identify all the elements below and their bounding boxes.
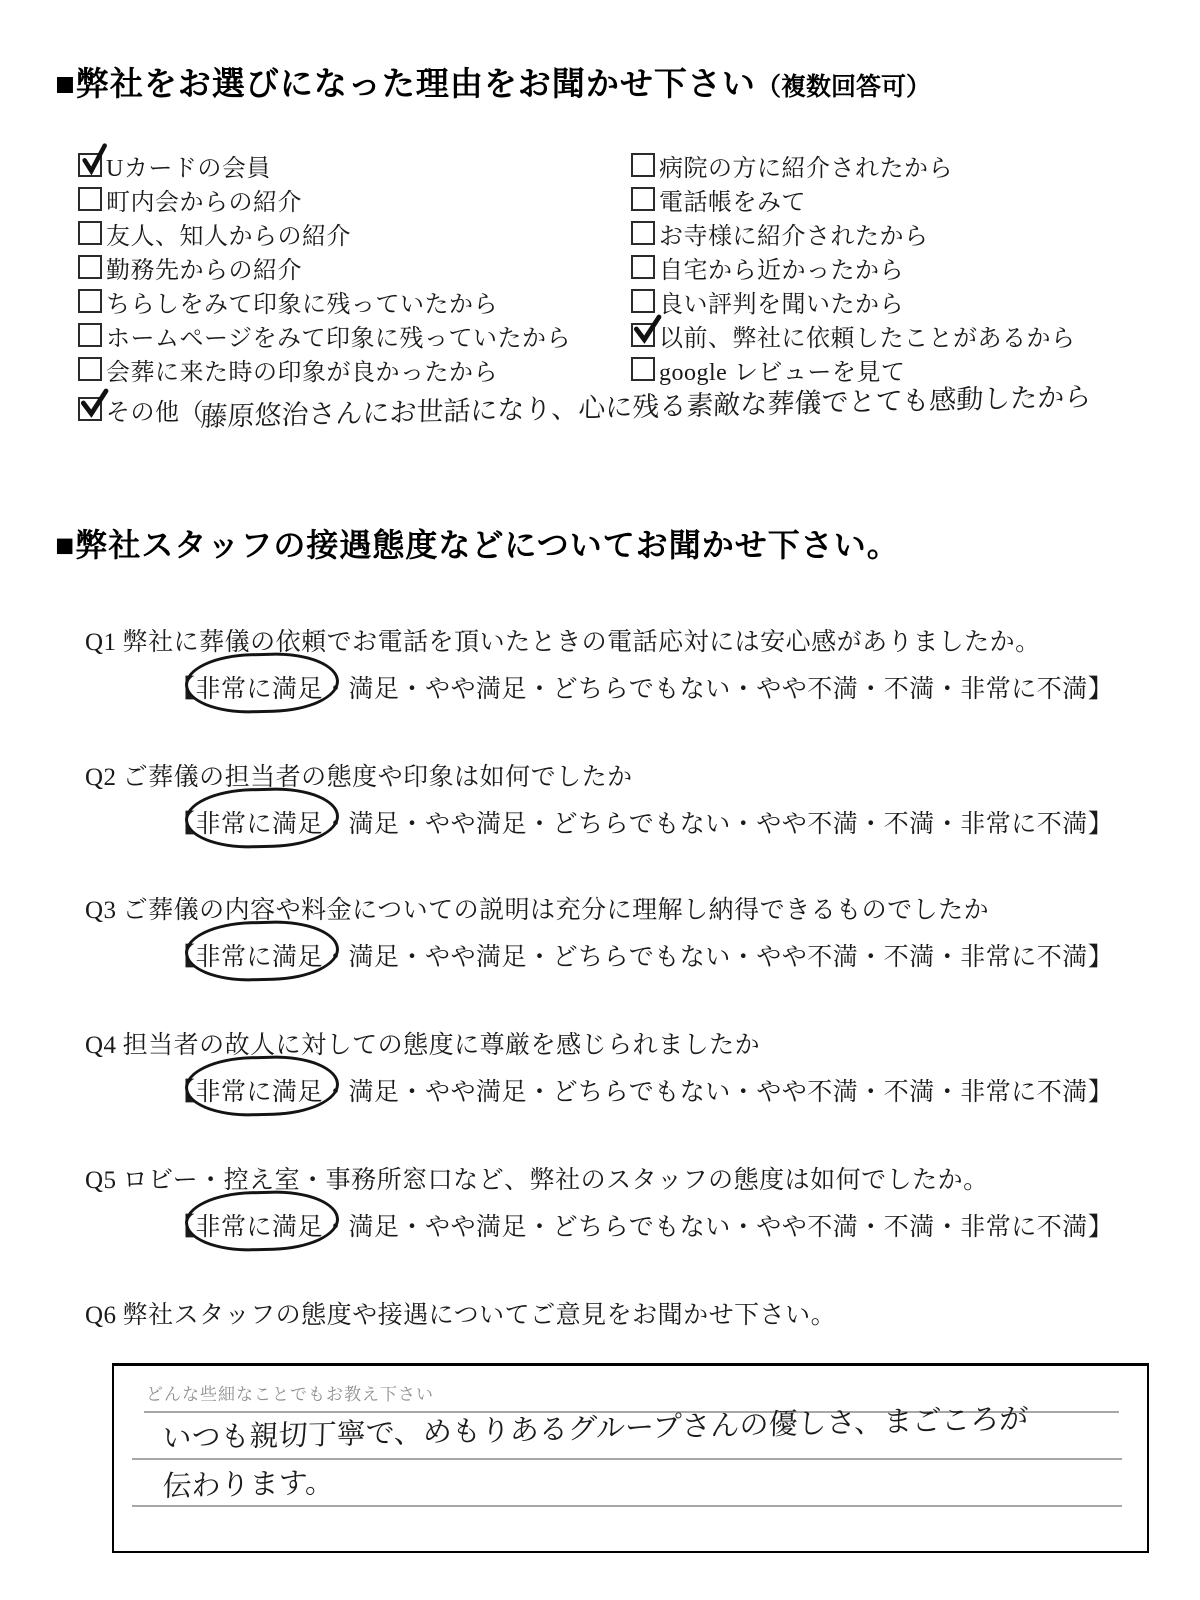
choice-option: 勤務先からの紹介 [78, 250, 302, 284]
section2-title: ■弊社スタッフの接遇態度などについてお聞かせ下さい。 [55, 520, 900, 566]
scale-selected-option[interactable]: 非常に満足 [196, 944, 324, 971]
option-label: ホームページをみて印象に残っていたから [106, 318, 571, 353]
option-label: 電話帳をみて [659, 182, 806, 217]
choice-option: 自宅から近かったから [631, 250, 904, 284]
comment-handwriting-line2: 伝わります。 [162, 1460, 335, 1505]
question-block-q1: Q1弊社に葬儀の依頼でお電話を頂いたときの電話応対には安心感がありましたか。 【… [85, 622, 1113, 705]
question-text: ご葬儀の担当者の態度や印象は如何でしたか [123, 764, 633, 791]
question-text: ご葬儀の内容や料金についての説明は充分に理解し納得できるものでしたか [123, 897, 990, 924]
scale-selected-option[interactable]: 非常に満足 [196, 1214, 324, 1241]
option-label: その他（ [106, 392, 204, 427]
question-text: 弊社スタッフの態度や接遇についてご意見をお聞かせ下さい。 [123, 1302, 837, 1329]
option-label: 町内会からの紹介 [106, 182, 302, 217]
checkbox[interactable] [631, 255, 655, 279]
choice-option: ホームページをみて印象に残っていたから [78, 318, 571, 352]
checkbox[interactable] [631, 187, 655, 211]
section1-title-text: ■弊社をお選びになった理由をお聞かせ下さい [55, 67, 756, 103]
choice-option: 電話帳をみて [631, 182, 806, 216]
choice-option: ちらしをみて印象に残っていたから [78, 284, 498, 318]
checkbox[interactable] [78, 153, 102, 177]
choice-option: お寺様に紹介されたから [631, 216, 929, 250]
option-label: お寺様に紹介されたから [659, 216, 929, 251]
scale-options: ・満足・やや満足・どちらでもない・やや不満・不満・非常に不満】 [323, 1079, 1113, 1106]
checkbox[interactable] [78, 289, 102, 313]
section1-title-suffix: （複数回答可） [756, 74, 931, 101]
choice-option: 友人、知人からの紹介 [78, 216, 351, 250]
scale-selected-option[interactable]: 非常に満足 [196, 1079, 324, 1106]
scale-options: ・満足・やや満足・どちらでもない・やや不満・不満・非常に不満】 [323, 1214, 1113, 1241]
scale-options: ・満足・やや満足・どちらでもない・やや不満・不満・非常に不満】 [323, 944, 1113, 971]
comment-handwriting-line1: いつも親切丁寧で、めもりあるグループさんの優しさ、まごころが [162, 1396, 1029, 1457]
choice-option-other: その他（ [78, 392, 204, 426]
choice-option: 町内会からの紹介 [78, 182, 302, 216]
rating-scale[interactable]: 【非常に満足・満足・やや満足・どちらでもない・やや不満・不満・非常に不満】 [170, 1207, 1113, 1243]
option-label: 勤務先からの紹介 [106, 250, 302, 285]
question-number: Q2 [85, 764, 117, 791]
scale-options: ・満足・やや満足・どちらでもない・やや不満・不満・非常に不満】 [323, 811, 1113, 838]
scale-open-bracket: 【 [170, 811, 196, 838]
option-label: 良い評判を聞いたから [659, 284, 904, 319]
checkbox[interactable] [631, 323, 655, 347]
scale-selected-option[interactable]: 非常に満足 [196, 676, 324, 703]
option-label: Uカードの会員 [106, 148, 271, 183]
question-block-q5: Q5ロビー・控え室・事務所窓口など、弊社のスタッフの態度は如何でしたか。 【非常… [85, 1160, 1113, 1243]
question-number: Q4 [85, 1032, 117, 1059]
ruled-line [132, 1505, 1122, 1507]
checkbox[interactable] [78, 397, 102, 421]
scale-open-bracket: 【 [170, 676, 196, 703]
choice-option: 病院の方に紹介されたから [631, 148, 953, 182]
question-text: ロビー・控え室・事務所窓口など、弊社のスタッフの態度は如何でしたか。 [123, 1167, 989, 1194]
checkbox[interactable] [631, 357, 655, 381]
question-text: 弊社に葬儀の依頼でお電話を頂いたときの電話応対には安心感がありましたか。 [123, 629, 1041, 656]
checkbox[interactable] [78, 357, 102, 381]
scale-open-bracket: 【 [170, 944, 196, 971]
comment-box-hint: どんな些細なことでもお教え下さい [146, 1380, 434, 1405]
ruled-line [132, 1458, 1122, 1460]
choice-option: 会葬に来た時の印象が良かったから [78, 352, 498, 386]
choice-option: Uカードの会員 [78, 148, 271, 182]
scale-selected-option[interactable]: 非常に満足 [196, 811, 324, 838]
question-block-q2: Q2ご葬儀の担当者の態度や印象は如何でしたか 【非常に満足・満足・やや満足・どち… [85, 757, 1113, 840]
question-block-q3: Q3ご葬儀の内容や料金についての説明は充分に理解し納得できるものでしたか 【非常… [85, 890, 1113, 973]
checkbox[interactable] [631, 289, 655, 313]
option-label: 病院の方に紹介されたから [659, 148, 953, 183]
question-number: Q3 [85, 897, 117, 924]
option-label: ちらしをみて印象に残っていたから [106, 284, 498, 319]
option-label: 友人、知人からの紹介 [106, 216, 351, 251]
rating-scale[interactable]: 【非常に満足・満足・やや満足・どちらでもない・やや不満・不満・非常に不満】 [170, 804, 1113, 840]
checkbox[interactable] [78, 187, 102, 211]
comment-box[interactable]: どんな些細なことでもお教え下さい いつも親切丁寧で、めもりあるグループさんの優し… [112, 1363, 1149, 1553]
checkbox[interactable] [631, 221, 655, 245]
rating-scale[interactable]: 【非常に満足・満足・やや満足・どちらでもない・やや不満・不満・非常に不満】 [170, 937, 1113, 973]
option-label: 自宅から近かったから [659, 250, 904, 285]
checkbox[interactable] [631, 153, 655, 177]
scale-open-bracket: 【 [170, 1214, 196, 1241]
rating-scale[interactable]: 【非常に満足・満足・やや満足・どちらでもない・やや不満・不満・非常に不満】 [170, 669, 1113, 705]
checkbox[interactable] [78, 221, 102, 245]
question-number: Q1 [85, 629, 117, 656]
question-number: Q5 [85, 1167, 117, 1194]
option-label: 以前、弊社に依頼したことがあるから [659, 318, 1076, 353]
option-label: 会葬に来た時の印象が良かったから [106, 352, 498, 387]
checkbox[interactable] [78, 323, 102, 347]
checkbox[interactable] [78, 255, 102, 279]
question-number: Q6 [85, 1302, 117, 1329]
scale-options: ・満足・やや満足・どちらでもない・やや不満・不満・非常に不満】 [323, 676, 1113, 703]
survey-page: ■弊社をお選びになった理由をお聞かせ下さい（複数回答可） Uカードの会員 町内会… [0, 0, 1200, 1600]
rating-scale[interactable]: 【非常に満足・満足・やや満足・どちらでもない・やや不満・不満・非常に不満】 [170, 1072, 1113, 1108]
question-block-q4: Q4担当者の故人に対しての態度に尊厳を感じられましたか 【非常に満足・満足・やや… [85, 1025, 1113, 1108]
section1-title: ■弊社をお選びになった理由をお聞かせ下さい（複数回答可） [55, 58, 931, 105]
question-text: 担当者の故人に対しての態度に尊厳を感じられましたか [123, 1032, 761, 1059]
question-block-q6: Q6弊社スタッフの態度や接遇についてご意見をお聞かせ下さい。 [85, 1295, 836, 1331]
scale-open-bracket: 【 [170, 1079, 196, 1106]
choice-option: 良い評判を聞いたから [631, 284, 904, 318]
choice-option: 以前、弊社に依頼したことがあるから [631, 318, 1076, 352]
